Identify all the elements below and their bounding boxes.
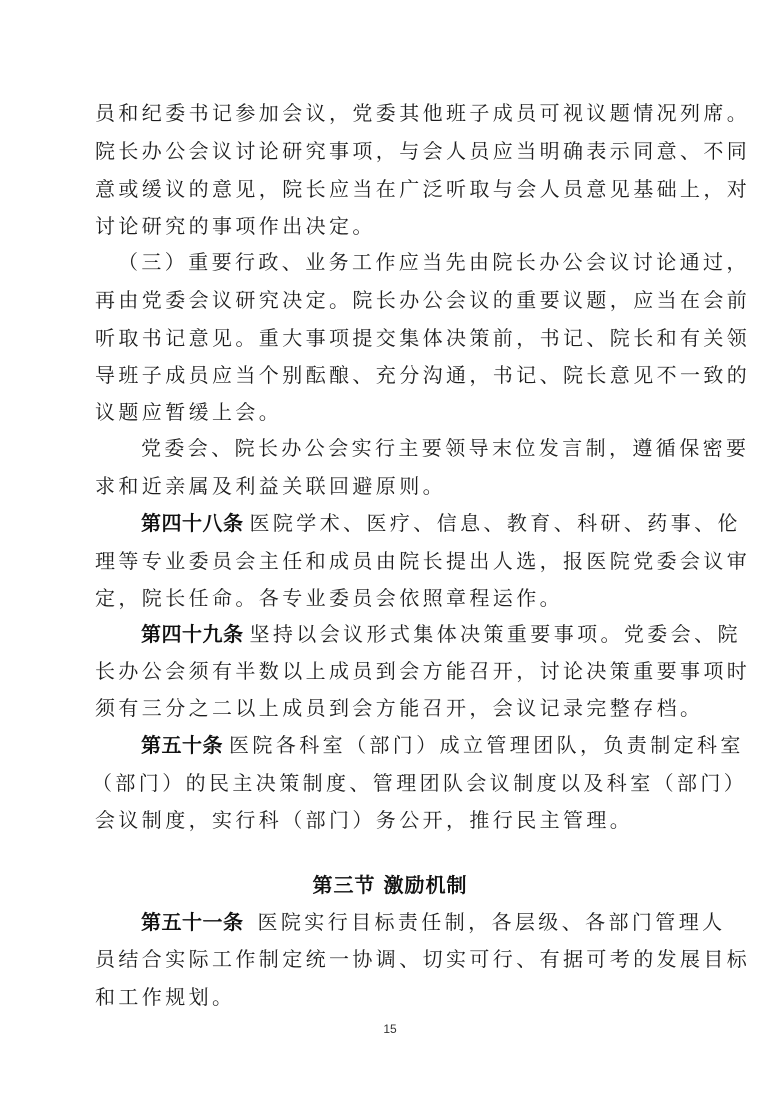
- text-line: 须有三分之二以上成员到会方能召开，会议记录完整存档。: [95, 693, 695, 723]
- text-line: 院长办公会议讨论研究事项，与会人员应当明确表示同意、不同: [95, 136, 695, 166]
- text-line: 导班子成员应当个别酝酿、充分沟通，书记、院长意见不一致的: [95, 360, 695, 390]
- text-line: 讨论研究的事项作出决定。: [95, 211, 695, 241]
- text-line: 求和近亲属及利益关联回避原则。: [95, 471, 695, 501]
- text-line: 听取书记意见。重大事项提交集体决策前，书记、院长和有关领: [95, 323, 695, 353]
- text-line: 理等专业委员会主任和成员由院长提出人选，报医院党委会议审: [95, 546, 695, 576]
- page-number: 15: [0, 1022, 780, 1036]
- text-span: 医院学术、医疗、信息、教育、科研、药事、伦: [250, 511, 741, 535]
- text-line: 意或缓议的意见，院长应当在广泛听取与会人员意见基础上，对: [95, 174, 695, 204]
- text-span: 坚持以会议形式集体决策重要事项。党委会、院: [250, 622, 741, 646]
- text-line: 员和纪委书记参加会议，党委其他班子成员可视议题情况列席。: [95, 98, 695, 128]
- text-line: （部门）的民主决策制度、管理团队会议制度以及科室（部门）: [92, 768, 692, 798]
- article-50-first-line: 第五十条医院各科室（部门）成立管理团队，负责制定科室: [141, 730, 741, 760]
- article-number: 第五十一条: [141, 910, 244, 934]
- section-heading: 第三节 激励机制: [0, 870, 780, 900]
- text-line: 员结合实际工作制定统一协调、切实可行、有据可考的发展目标: [95, 944, 695, 974]
- text-line: 党委会、院长办公会实行主要领导末位发言制，遵循保密要: [141, 433, 741, 463]
- text-line: 长办公会须有半数以上成员到会方能召开，讨论决策重要事项时: [95, 656, 695, 686]
- text-span: 医院各科室（部门）成立管理团队，负责制定科室: [229, 733, 744, 757]
- article-number: 第五十条: [141, 733, 223, 757]
- text-line: 会议制度，实行科（部门）务公开，推行民主管理。: [95, 805, 695, 835]
- article-number: 第四十八条: [141, 511, 244, 535]
- text-line: 议题应暂缓上会。: [95, 397, 695, 427]
- text-line: 再由党委会议研究决定。院长办公会议的重要议题，应当在会前: [95, 285, 695, 315]
- article-48-first-line: 第四十八条医院学术、医疗、信息、教育、科研、药事、伦: [141, 508, 741, 538]
- text-line: （三）重要行政、业务工作应当先由院长办公会议讨论通过，: [118, 247, 718, 277]
- document-page: 员和纪委书记参加会议，党委其他班子成员可视议题情况列席。 院长办公会议讨论研究事…: [0, 0, 780, 1103]
- text-span: 医院实行目标责任制，各层级、各部门管理人: [258, 910, 726, 934]
- text-line: 和工作规划。: [95, 982, 695, 1012]
- article-49-first-line: 第四十九条坚持以会议形式集体决策重要事项。党委会、院: [141, 619, 741, 649]
- article-51-first-line: 第五十一条医院实行目标责任制，各层级、各部门管理人: [141, 907, 741, 937]
- article-number: 第四十九条: [141, 622, 244, 646]
- text-line: 定，院长任命。各专业委员会依照章程运作。: [95, 583, 695, 613]
